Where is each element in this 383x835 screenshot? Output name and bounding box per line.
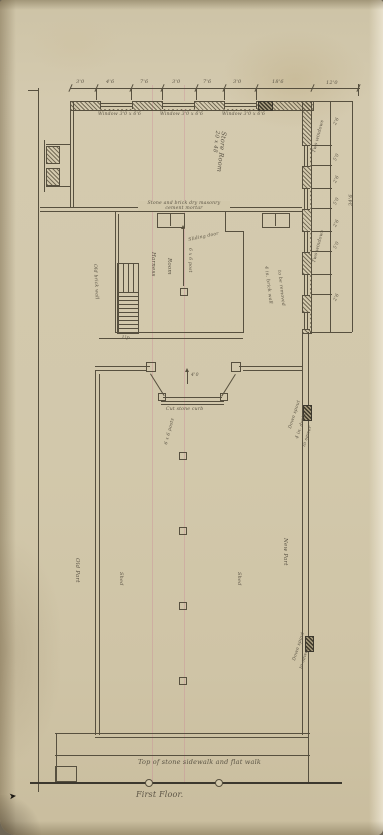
sheet-title: First Floor. — [136, 790, 183, 799]
baseline-circle — [215, 779, 223, 787]
post — [179, 602, 187, 610]
paper-edge-right-shade — [369, 0, 383, 835]
area-label: Shed — [118, 572, 124, 586]
bay-jamb-block — [220, 393, 228, 401]
baseline-heavy — [30, 782, 342, 784]
fold-line — [152, 85, 153, 783]
window — [162, 101, 195, 109]
bay-front — [163, 397, 222, 398]
window — [302, 312, 310, 330]
wall-note: Two windows — [312, 230, 326, 264]
wall-note: Two windows — [312, 120, 326, 154]
corner-arrow-mark: ➤ — [8, 792, 17, 803]
dim-guide — [196, 88, 197, 100]
bay-arrow-line — [187, 372, 188, 384]
pier-center-line — [170, 213, 171, 226]
bay-corner-post — [231, 362, 241, 372]
sidewalk-line — [55, 733, 310, 734]
dim-label: 3'0 — [76, 79, 84, 85]
dim-guide — [256, 88, 257, 100]
door-note: Sliding door — [188, 232, 219, 243]
dim-label: 3'0 — [172, 79, 180, 85]
post — [180, 288, 188, 296]
dim-guide — [312, 165, 332, 166]
dim-guide — [312, 208, 332, 209]
window — [302, 274, 310, 296]
pier — [262, 213, 290, 228]
room-wall — [243, 231, 244, 333]
dim-guide — [131, 88, 132, 100]
area-label: Shed — [236, 572, 242, 586]
post — [179, 527, 187, 535]
wall-line — [70, 101, 71, 207]
dim-label: 18'6 — [272, 79, 284, 85]
window-label: Window 3'0 x 6'6 — [98, 112, 141, 117]
dim-label: 2'6 — [333, 219, 341, 228]
paper-stain — [30, 15, 120, 75]
wall-note: Old brick wall — [92, 264, 99, 300]
dim-guide — [224, 88, 225, 100]
wall-pier — [258, 101, 273, 111]
baseline-circle — [145, 779, 153, 787]
post — [179, 452, 187, 460]
room-wall — [225, 231, 244, 232]
dim-guide — [358, 84, 359, 96]
room-label: Harness — [150, 252, 156, 277]
pier-center-line — [275, 213, 276, 226]
dim-label: 4'6 — [106, 79, 114, 85]
dim-guide — [310, 332, 352, 333]
post-note: 6 x 6 post — [187, 248, 192, 273]
drain-note: to sewer — [302, 425, 313, 447]
bay-curb — [161, 404, 224, 405]
left-wall-window-block — [46, 146, 60, 164]
store-room-label: Store Room 20 x 48 — [209, 130, 228, 172]
wall-bottom-line — [95, 737, 308, 738]
dim-label: 3'0 — [233, 79, 241, 85]
paper-edge-bottom-shade — [0, 821, 383, 835]
area-label: New Part — [282, 538, 288, 566]
wall-line — [95, 366, 150, 367]
wall-line — [46, 144, 70, 145]
room-wall — [115, 211, 116, 332]
dimension-line-right-outer — [352, 101, 353, 332]
dim-label: 2'6 — [333, 293, 341, 302]
dim-guide — [96, 88, 97, 100]
sidewalk-line — [55, 755, 310, 756]
window — [100, 101, 133, 109]
wall-line — [95, 370, 146, 371]
room-label: Room — [166, 258, 172, 275]
dim-label: 5'0 — [333, 241, 341, 250]
dim-label: 2'6 — [333, 117, 341, 126]
posts-note: 6 x 6 posts — [164, 418, 176, 446]
window-label: Window 3'0 x 6'6 — [160, 112, 203, 117]
paper-corner-shadow — [0, 795, 44, 835]
frame-line-left — [38, 88, 39, 792]
wall-line — [73, 101, 74, 207]
stair-treads — [118, 292, 138, 333]
scanned-floor-plan-sheet: 3'0 4'6 7'6 3'0 7'6 3'0 18'6 12'0 Window… — [0, 0, 383, 835]
left-wall-window-block — [46, 168, 60, 186]
bay-jamb-block — [158, 393, 166, 401]
wall-note-box: Stone and brick dry masonry cement morta… — [138, 201, 230, 211]
floor-line — [99, 338, 243, 339]
stair-rails — [118, 264, 138, 292]
wall-line — [95, 370, 96, 735]
wall-line — [302, 332, 303, 735]
dimension-line-right-inner — [330, 101, 331, 332]
sidewalk-edge — [308, 733, 309, 783]
wall-note: to be removed — [276, 270, 285, 306]
bay-curb — [161, 401, 224, 402]
wall-line — [99, 374, 100, 735]
corner-detail — [55, 766, 77, 782]
curb-note: Cut stone curb — [166, 407, 203, 412]
dim-label: 5'0 — [333, 197, 341, 206]
dim-label-overall: 34'6 — [348, 194, 354, 206]
room-wall — [225, 211, 226, 232]
wall-line — [243, 370, 302, 371]
wall-line — [46, 186, 70, 187]
dim-guide — [162, 88, 163, 100]
stair-note: Up — [122, 335, 130, 341]
staircase — [117, 263, 139, 334]
window — [302, 231, 310, 253]
leader-line — [183, 229, 184, 286]
dim-guide — [310, 101, 352, 102]
wall-line — [40, 211, 302, 212]
dim-label: 12'0 — [326, 80, 338, 86]
dim-label: 4'0 — [191, 373, 199, 378]
window-label: Window 3'0 x 6'6 — [222, 112, 265, 117]
dim-guide — [312, 294, 332, 295]
dim-label: 2'6 — [333, 175, 341, 184]
dim-guide — [312, 188, 332, 189]
dimension-line-top — [70, 88, 312, 89]
frame-stub-top-left — [28, 90, 38, 91]
dim-guide — [312, 274, 332, 275]
window — [224, 101, 257, 109]
paper-edge-top-shade — [0, 0, 383, 10]
dimension-line-top-right — [312, 88, 360, 89]
paper-edge-left-shade — [0, 0, 16, 835]
bay-corner-post — [146, 362, 156, 372]
dim-label: 7'6 — [203, 79, 211, 85]
window — [302, 188, 310, 210]
wall-note-line: cement mortar — [138, 206, 230, 211]
window — [302, 145, 310, 167]
baseline-note: Top of stone sidewalk and flat walk — [138, 758, 261, 766]
right-wall — [302, 101, 312, 334]
dim-label: 7'6 — [140, 79, 148, 85]
post — [179, 677, 187, 685]
dim-label: 5'0 — [333, 153, 341, 162]
wall-line — [308, 332, 309, 735]
wall-line — [239, 366, 302, 367]
paper-stain — [0, 540, 60, 760]
wall-note: 4 in. brick wall — [263, 266, 273, 304]
area-label: Old Part — [74, 558, 80, 583]
wall-line — [44, 140, 45, 192]
